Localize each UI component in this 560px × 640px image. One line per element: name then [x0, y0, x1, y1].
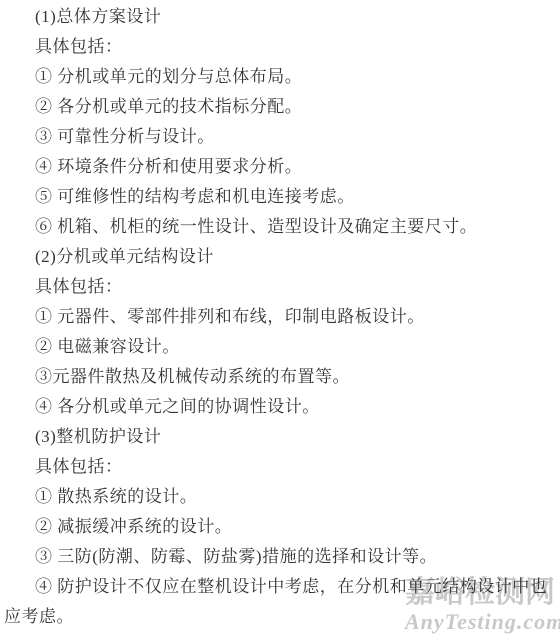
- paragraph-line: 具体包括：: [4, 32, 560, 62]
- paragraph-list: (1)总体方案设计具体包括：① 分机或单元的划分与总体布局。② 各分机或单元的技…: [4, 2, 560, 632]
- paragraph-line: ③ 三防(防潮、防霉、防盐雾)措施的选择和设计等。: [4, 542, 560, 572]
- paragraph-line: ③ 可靠性分析与设计。: [4, 122, 560, 152]
- paragraph-line: ③元器件散热及机械传动系统的布置等。: [4, 362, 560, 392]
- paragraph-line: (3)整机防护设计: [4, 422, 560, 452]
- paragraph-line: ① 分机或单元的划分与总体布局。: [4, 62, 560, 92]
- paragraph-line: ④ 防护设计不仅应在整机设计中考虑，在分机和单元结构设计中也应考虑。: [4, 572, 560, 632]
- paragraph-line: ① 元器件、零部件排列和布线，印制电路板设计。: [4, 302, 560, 332]
- paragraph-line: ④ 环境条件分析和使用要求分析。: [4, 152, 560, 182]
- paragraph-line: 具体包括：: [4, 272, 560, 302]
- paragraph-line: ④ 各分机或单元之间的协调性设计。: [4, 392, 560, 422]
- document-page: 嘉峪检测网 AnyTesting.com (1)总体方案设计具体包括：① 分机或…: [0, 0, 560, 640]
- paragraph-line: 具体包括：: [4, 452, 560, 482]
- paragraph-line: ⑥ 机箱、机柜的统一性设计、造型设计及确定主要尺寸。: [4, 212, 560, 242]
- paragraph-line: ② 电磁兼容设计。: [4, 332, 560, 362]
- paragraph-line: ⑤ 可维修性的结构考虑和机电连接考虑。: [4, 182, 560, 212]
- paragraph-line: (1)总体方案设计: [4, 2, 560, 32]
- paragraph-line: ② 减振缓冲系统的设计。: [4, 512, 560, 542]
- paragraph-line: ② 各分机或单元的技术指标分配。: [4, 92, 560, 122]
- paragraph-line: ① 散热系统的设计。: [4, 482, 560, 512]
- paragraph-line: (2)分机或单元结构设计: [4, 242, 560, 272]
